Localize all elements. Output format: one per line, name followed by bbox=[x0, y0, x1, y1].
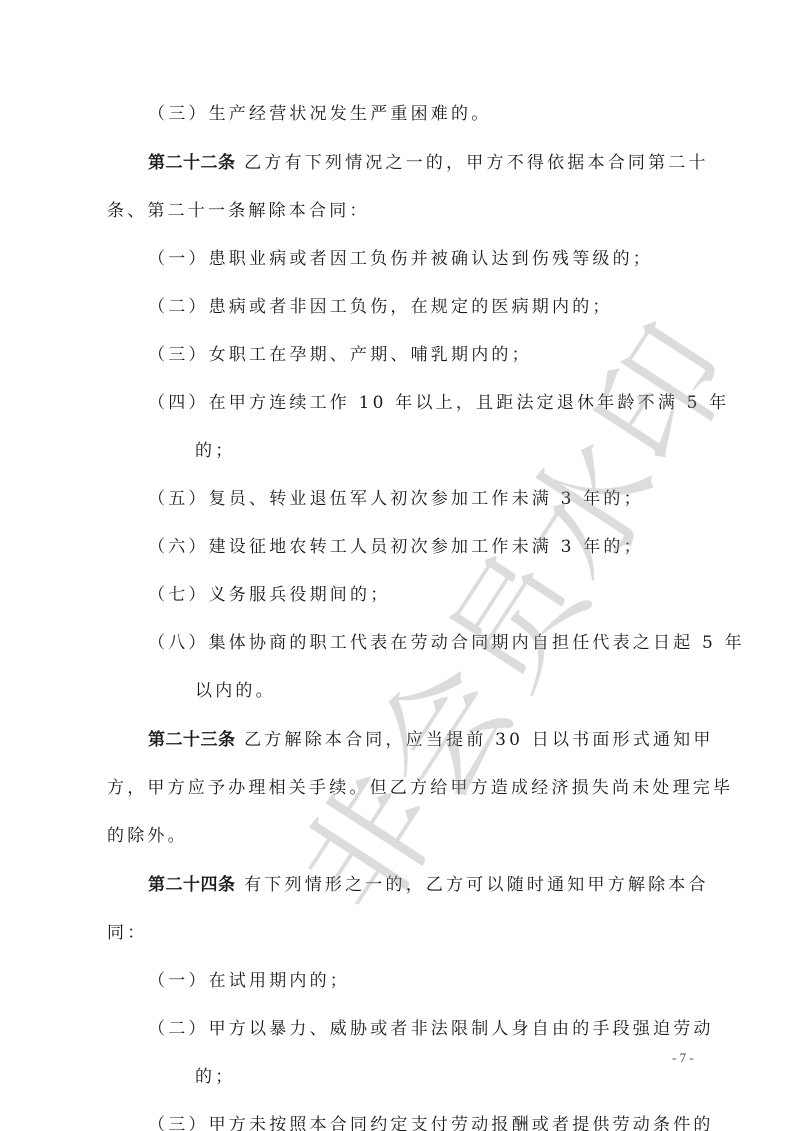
list-item: （五）复员、转业退伍军人初次参加工作未满 3 年的； bbox=[148, 488, 644, 510]
list-item: （一）在试用期内的； bbox=[148, 970, 350, 992]
line-text: （四）在甲方连续工作 10 年以上，且距法定退休年龄不满 5 年 bbox=[148, 393, 729, 413]
line-text: （三）生产经营状况发生严重困难的。 bbox=[148, 104, 491, 124]
line-text: （二）甲方以暴力、威胁或者非法限制人身自由的手段强迫劳动 bbox=[148, 1019, 714, 1039]
line-text: 条、第二十一条解除本合同： bbox=[107, 201, 370, 221]
line-text: （一）患职业病或者因工负伤并被确认达到伤残等级的； bbox=[148, 249, 653, 269]
list-item-continuation: 以内的。 bbox=[195, 680, 276, 702]
list-item: （六）建设征地农转工人员初次参加工作未满 3 年的； bbox=[148, 536, 644, 558]
list-item: （三）女职工在孕期、产期、哺乳期内的； bbox=[148, 344, 532, 366]
line-text: 的； bbox=[195, 441, 235, 461]
line-text: 同： bbox=[107, 923, 147, 943]
list-item-continuation: 的； bbox=[195, 440, 235, 462]
line-text: 方，甲方应予办理相关手续。但乙方给甲方造成经济损失尚未处理完毕 bbox=[107, 778, 733, 798]
article-23-heading: 第二十三条 乙方解除本合同，应当提前 30 日以书面形式通知甲 bbox=[148, 729, 714, 751]
list-item: （四）在甲方连续工作 10 年以上，且距法定退休年龄不满 5 年 bbox=[148, 392, 729, 414]
article-24-continuation: 同： bbox=[107, 922, 147, 944]
list-item-continuation: 的； bbox=[195, 1066, 235, 1088]
line-text: （一）在试用期内的； bbox=[148, 971, 350, 991]
line-text: 的除外。 bbox=[107, 826, 188, 846]
list-item: （一）患职业病或者因工负伤并被确认达到伤残等级的； bbox=[148, 248, 653, 270]
article-23-continuation: 的除外。 bbox=[107, 825, 188, 847]
page-number: - 7 - bbox=[672, 1050, 694, 1066]
line-text: 乙方解除本合同，应当提前 30 日以书面形式通知甲 bbox=[236, 730, 714, 750]
list-item-3-production: （三）生产经营状况发生严重困难的。 bbox=[148, 103, 491, 125]
line-text: （六）建设征地农转工人员初次参加工作未满 3 年的； bbox=[148, 537, 644, 557]
document-page: （三）生产经营状况发生严重困难的。 第二十二条 乙方有下列情况之一的，甲方不得依… bbox=[0, 0, 800, 1131]
line-text: 乙方有下列情况之一的，甲方不得依据本合同第二十 bbox=[236, 153, 709, 173]
line-text: （八）集体协商的职工代表在劳动合同期内自担任代表之日起 5 年 bbox=[148, 633, 745, 653]
list-item: （七）义务服兵役期间的； bbox=[148, 584, 390, 606]
article-number: 第二十三条 bbox=[148, 730, 236, 750]
list-item: （三）甲方未按照本合同约定支付劳动报酬或者提供劳动条件的 bbox=[148, 1114, 714, 1131]
article-22-continuation: 条、第二十一条解除本合同： bbox=[107, 200, 370, 222]
line-text: 有下列情形之一的，乙方可以随时通知甲方解除本合 bbox=[236, 875, 709, 895]
article-23-continuation: 方，甲方应予办理相关手续。但乙方给甲方造成经济损失尚未处理完毕 bbox=[107, 777, 733, 799]
watermark: 非会员水印 bbox=[250, 281, 769, 943]
article-24-heading: 第二十四条 有下列情形之一的，乙方可以随时通知甲方解除本合 bbox=[148, 874, 709, 896]
article-number: 第二十四条 bbox=[148, 875, 236, 895]
list-item: （二）甲方以暴力、威胁或者非法限制人身自由的手段强迫劳动 bbox=[148, 1018, 714, 1040]
list-item: （二）患病或者非因工负伤，在规定的医病期内的； bbox=[148, 296, 613, 318]
line-text: （三）甲方未按照本合同约定支付劳动报酬或者提供劳动条件的 bbox=[148, 1115, 714, 1131]
line-text: （五）复员、转业退伍军人初次参加工作未满 3 年的； bbox=[148, 489, 644, 509]
line-text: （二）患病或者非因工负伤，在规定的医病期内的； bbox=[148, 297, 613, 317]
article-22-heading: 第二十二条 乙方有下列情况之一的，甲方不得依据本合同第二十 bbox=[148, 152, 709, 174]
line-text: 的； bbox=[195, 1067, 235, 1087]
line-text: （三）女职工在孕期、产期、哺乳期内的； bbox=[148, 345, 532, 365]
line-text: 以内的。 bbox=[195, 681, 276, 701]
article-number: 第二十二条 bbox=[148, 153, 236, 173]
line-text: （七）义务服兵役期间的； bbox=[148, 585, 390, 605]
list-item: （八）集体协商的职工代表在劳动合同期内自担任代表之日起 5 年 bbox=[148, 632, 745, 654]
